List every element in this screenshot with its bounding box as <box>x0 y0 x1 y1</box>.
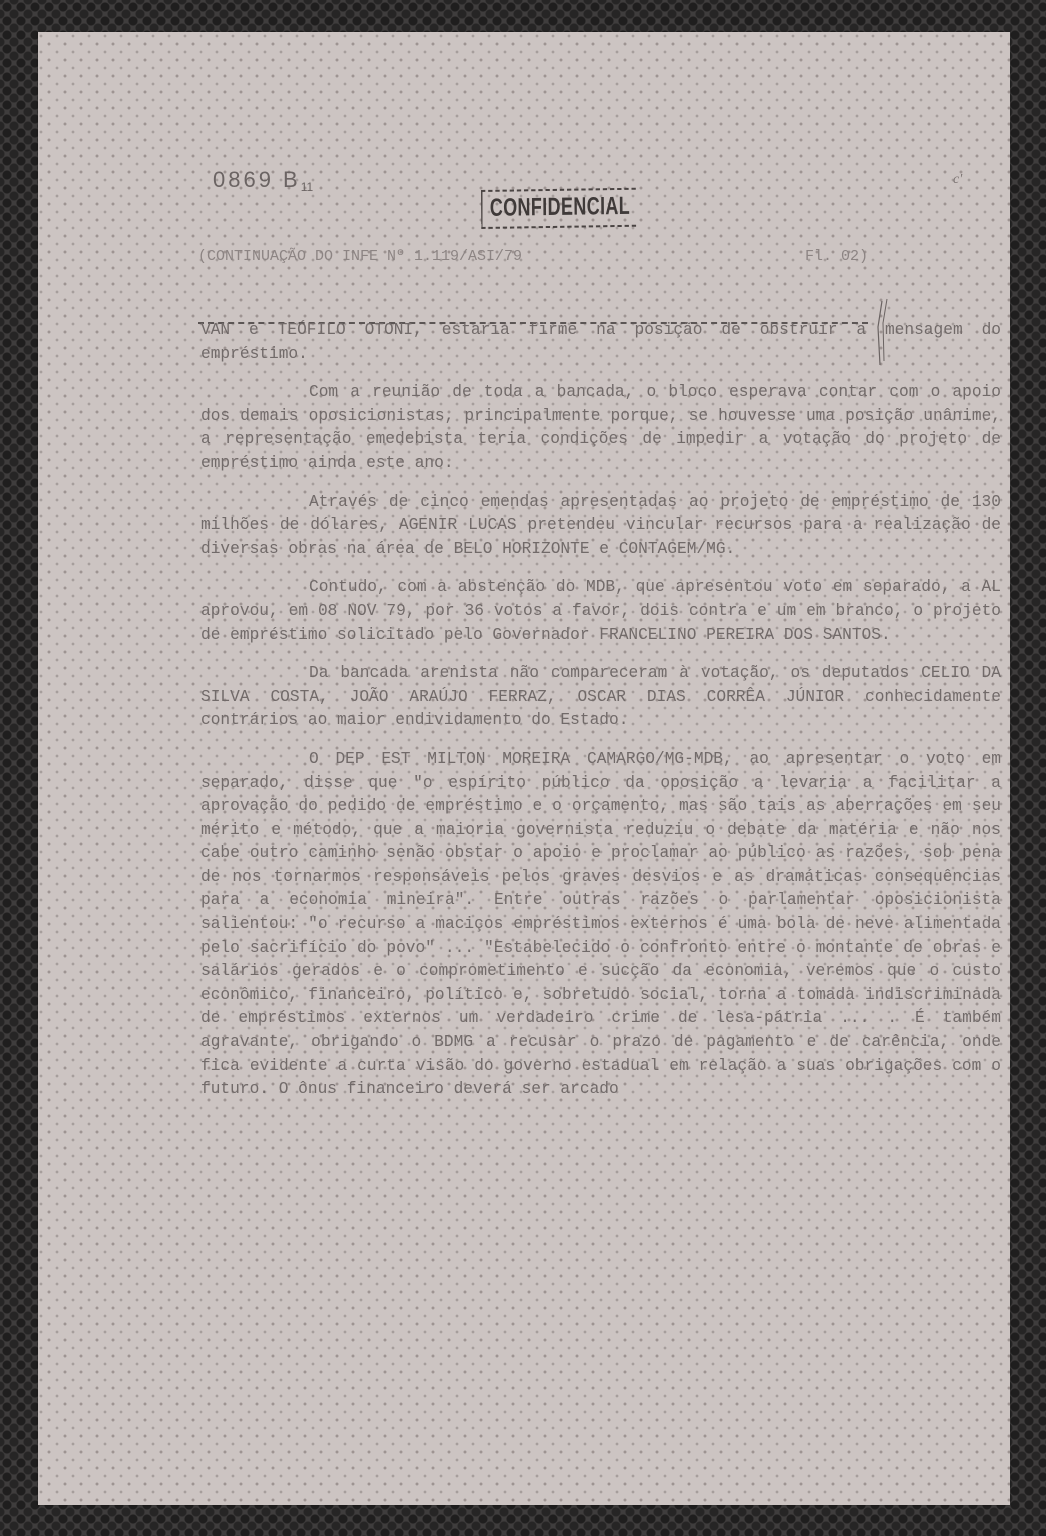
paragraph: O DEP EST MILTON MOREIRA CAMARGO/MG-MDB,… <box>201 748 1001 1102</box>
document-body: VAN e TEÓFILO OTONI, estaria firme na po… <box>201 319 1001 1117</box>
paragraph: Contudo, com a abstenção do MDB, que apr… <box>201 576 1001 647</box>
continuation-header-reference: (CONTINUAÇÃO DO INFE Nº 1.119/ASI/79 <box>198 248 522 266</box>
continuation-header-page: Fl. 02) <box>805 248 868 266</box>
paragraph: Com a reunião de toda a bancada, o bloco… <box>201 381 1001 475</box>
document-number-main: 0869 B <box>213 167 301 192</box>
paragraph: Da bancada arenista não compareceram à v… <box>201 662 1001 733</box>
document-number: 0869 B11 <box>213 167 313 194</box>
continuation-header: (CONTINUAÇÃO DO INFE Nº 1.119/ASI/79 Fl.… <box>198 248 868 324</box>
handwritten-page-mark: c' <box>953 172 962 188</box>
paragraph: Através de cinco emendas apresentadas ao… <box>201 491 1001 562</box>
document-page: 0869 B11 c' CONFIDENCIAL (CONTINUAÇÃO DO… <box>38 32 1010 1505</box>
confidential-stamp: CONFIDENCIAL <box>481 188 636 229</box>
paragraph: VAN e TEÓFILO OTONI, estaria firme na po… <box>201 319 1001 366</box>
document-number-suffix: 11 <box>301 180 313 194</box>
